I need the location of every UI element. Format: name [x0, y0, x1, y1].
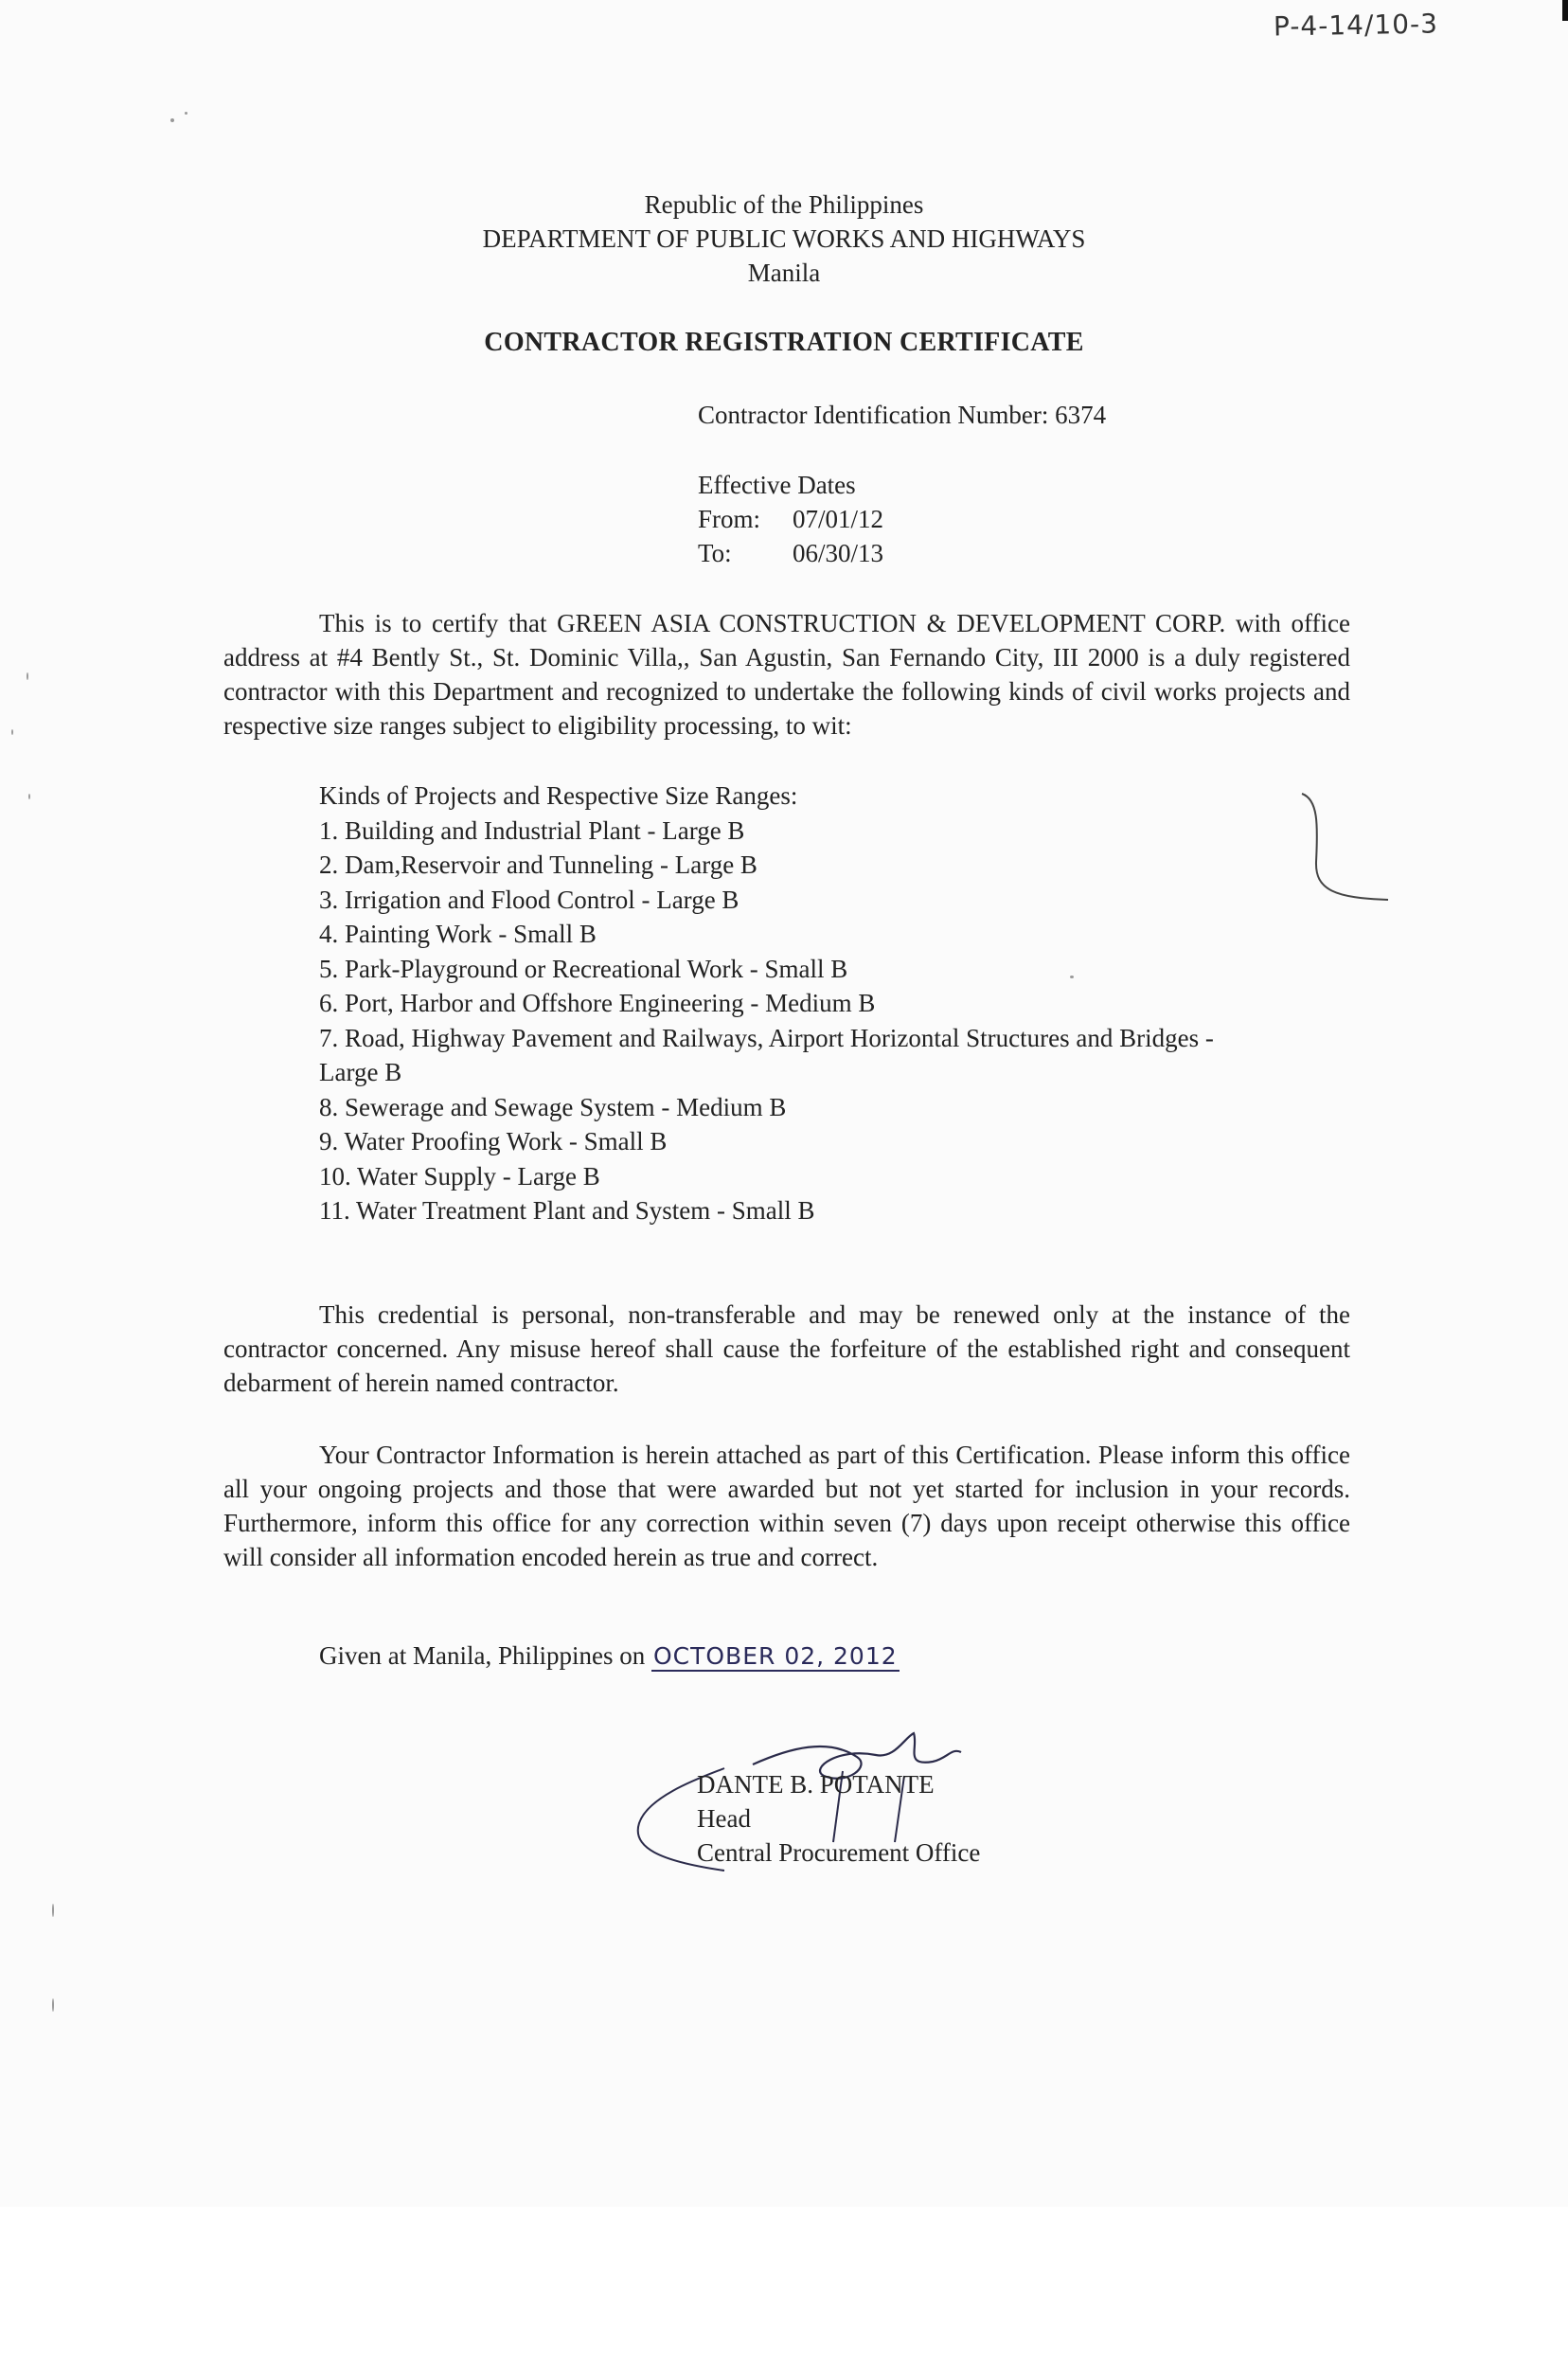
given-line: Given at Manila, Philippines on OCTOBER … — [319, 1639, 900, 1674]
information-paragraph: Your Contractor Information is herein at… — [223, 1438, 1350, 1574]
scan-speck — [185, 112, 187, 115]
contractor-id-value: 6374 — [1055, 401, 1106, 429]
header-city: Manila — [0, 256, 1568, 290]
contractor-id: Contractor Identification Number: 6374 — [698, 398, 1106, 432]
handwritten-bracket-mark — [1297, 786, 1401, 919]
project-item: 9. Water Proofing Work - Small B — [319, 1124, 1361, 1159]
effective-dates: Effective Dates From: 07/01/12 To: 06/30… — [698, 468, 883, 570]
project-item: 3. Irrigation and Flood Control - Large … — [319, 883, 1361, 918]
projects-list: Kinds of Projects and Respective Size Ra… — [319, 779, 1361, 1228]
header-department: DEPARTMENT OF PUBLIC WORKS AND HIGHWAYS — [0, 222, 1568, 256]
project-item: 1. Building and Industrial Plant - Large… — [319, 814, 1361, 849]
project-item: 5. Park-Playground or Recreational Work … — [319, 952, 1361, 987]
project-item: 8. Sewerage and Sewage System - Medium B — [319, 1090, 1361, 1125]
page-margin — [0, 2207, 1568, 2364]
letterhead: Republic of the Philippines DEPARTMENT O… — [0, 188, 1568, 290]
projects-heading: Kinds of Projects and Respective Size Ra… — [319, 779, 1361, 814]
scan-edge-mark — [1562, 0, 1568, 21]
contractor-id-label: Contractor Identification Number: — [698, 401, 1048, 429]
from-label: From: — [698, 502, 793, 536]
to-label: To: — [698, 536, 793, 570]
project-item: 6. Port, Harbor and Offshore Engineering… — [319, 986, 1361, 1021]
project-item-continuation: Large B — [319, 1055, 1361, 1090]
given-prefix: Given at Manila, Philippines on — [319, 1641, 645, 1670]
signatory-block: DANTE B. POTANTE Head Central Procuremen… — [697, 1767, 980, 1870]
scan-speck — [28, 794, 30, 799]
project-item: 2. Dam,Reservoir and Tunneling - Large B — [319, 848, 1361, 883]
effective-dates-heading: Effective Dates — [698, 468, 883, 502]
scan-speck — [52, 1904, 54, 1917]
credential-paragraph: This credential is personal, non-transfe… — [223, 1298, 1350, 1400]
certification-paragraph: This is to certify that GREEN ASIA CONST… — [223, 606, 1350, 743]
project-item: 7. Road, Highway Pavement and Railways, … — [319, 1021, 1361, 1056]
scan-speck — [11, 729, 13, 735]
project-item: 4. Painting Work - Small B — [319, 917, 1361, 952]
scan-speck — [52, 1998, 54, 2012]
handwritten-reference: P-4-14/10-3 — [1274, 8, 1438, 42]
project-item: 10. Water Supply - Large B — [319, 1159, 1361, 1194]
header-republic: Republic of the Philippines — [0, 188, 1568, 222]
signatory-office: Central Procurement Office — [697, 1836, 980, 1870]
from-date: 07/01/12 — [793, 502, 883, 536]
signatory-name: DANTE B. POTANTE — [697, 1767, 980, 1801]
certificate-title: CONTRACTOR REGISTRATION CERTIFICATE — [0, 328, 1568, 358]
scan-speck — [170, 118, 174, 122]
signatory-title: Head — [697, 1801, 980, 1836]
to-date: 06/30/13 — [793, 536, 883, 570]
handwritten-issue-date: OCTOBER 02, 2012 — [651, 1642, 900, 1672]
project-item: 11. Water Treatment Plant and System - S… — [319, 1193, 1361, 1228]
scan-speck — [27, 672, 28, 680]
